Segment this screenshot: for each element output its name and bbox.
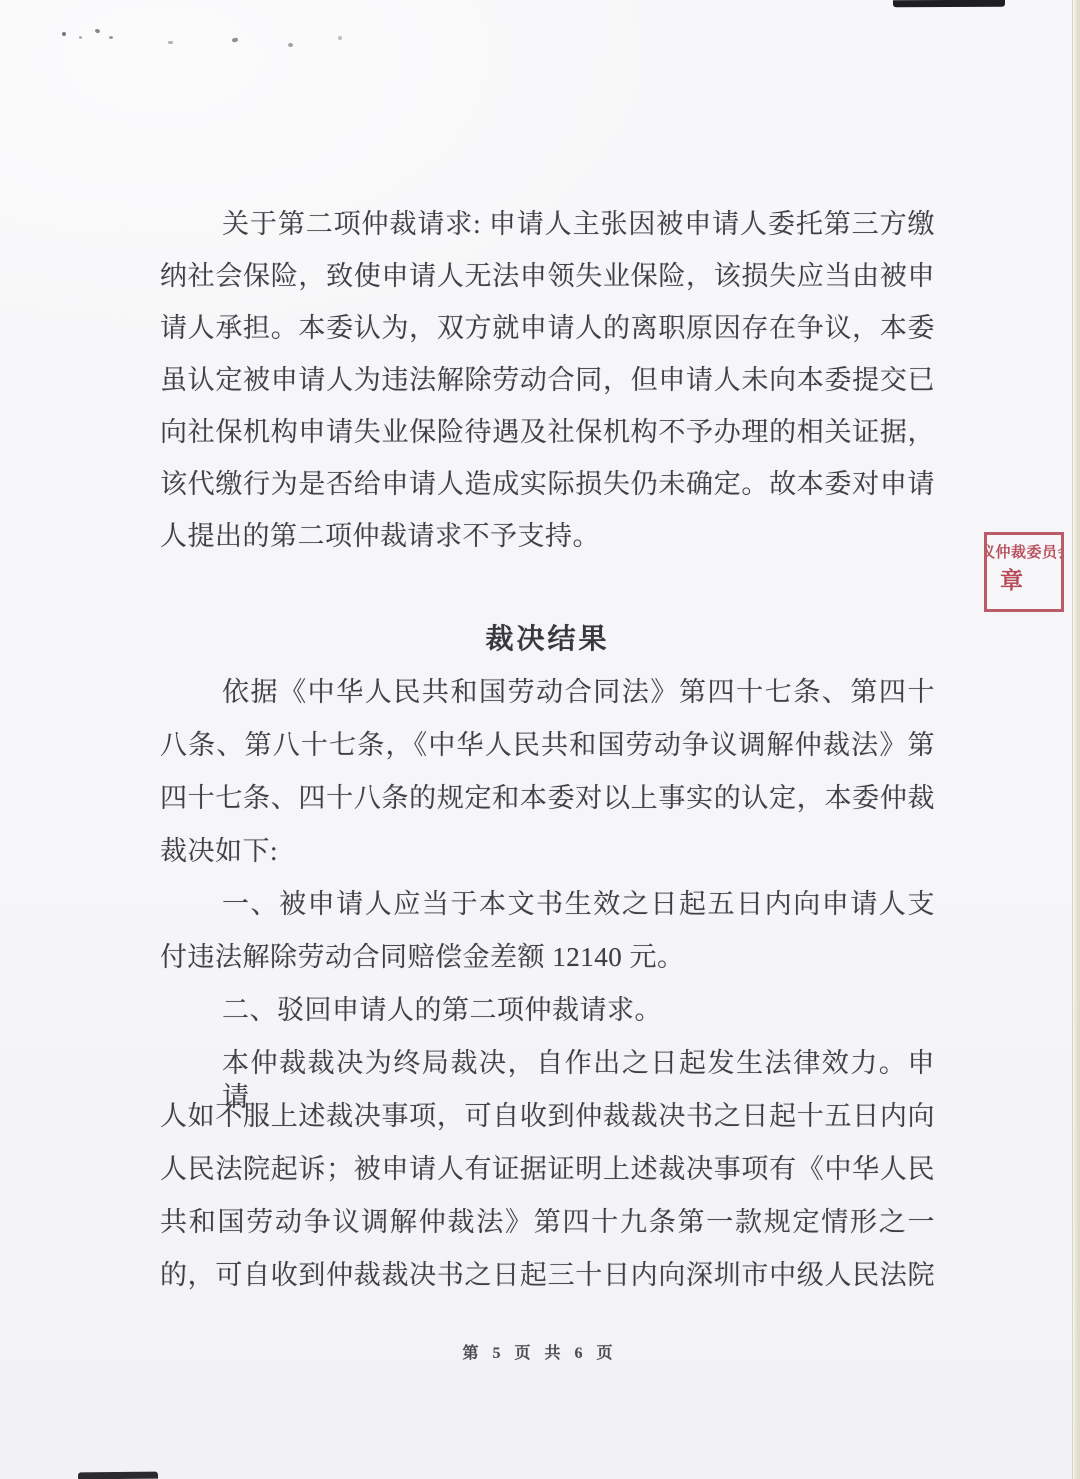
scan-artifact-bottom-left [78,1472,158,1479]
page-number: 第 5 页 共 6 页 [0,1340,1080,1363]
body-line: 人如不服上述裁决事项，可自收到仲裁裁决书之日起十五日内向 [160,1099,935,1133]
body-line: 一、被申请人应当于本文书生效之日起五日内向申请人支 [160,887,935,921]
stamp-partial-char: 议 [984,544,996,562]
body-line: 八条、第八十七条，《中华人民共和国劳动争议调解仲裁法》第 [160,728,935,762]
body-line: 关于第二项仲裁请求: 申请人主张因被申请人委托第三方缴 [160,207,935,241]
ink-speck [232,37,239,42]
body-line: 向社保机构申请失业保险待遇及社保机构不予办理的相关证据， [160,415,935,449]
ink-speck [109,36,113,39]
body-line: 四十七条、四十八条的规定和本委对以上事实的认定，本委仲裁 [160,781,935,815]
ink-speck [288,43,293,47]
body-line: 请人承担。本委认为，双方就申请人的离职原因存在争议，本委 [160,311,935,345]
ink-speck [94,28,100,33]
body-line: 人提出的第二项仲裁请求不予支持。 [160,519,935,553]
official-seal-stamp: 议仲裁委员会 章 [984,532,1064,612]
body-line: 纳社会保险，致使申请人无法申领失业保险，该损失应当由被申 [160,259,935,293]
scanned-document-page: 关于第二项仲裁请求: 申请人主张因被申请人委托第三方缴 纳社会保险，致使申请人无… [0,0,1080,1479]
scan-edge-right [1072,0,1080,1479]
body-line: 虽认定被申请人为违法解除劳动合同，但申请人未向本委提交已 [160,363,935,397]
body-line: 付违法解除劳动合同赔偿金差额 12140 元。 [160,940,935,974]
body-line: 该代缴行为是否给申请人造成实际损失仍未确定。故本委对申请 [160,467,935,501]
ink-speck [168,41,173,44]
body-line: 共和国劳动争议调解仲裁法》第四十九条第一款规定情形之一 [160,1205,935,1239]
body-line: 依据《中华人民共和国劳动合同法》第四十七条、第四十 [160,675,935,709]
stamp-seal-char: 章 [1000,568,1061,594]
ink-speck [338,36,342,40]
body-line: 裁决如下: [160,834,935,868]
ink-speck [62,32,66,36]
ink-speck [79,36,82,39]
body-line: 二、驳回申请人的第二项仲裁请求。 [160,993,935,1027]
stamp-text-row: 议仲裁委员会 [984,544,1061,562]
scan-artifact-top-right [893,0,1005,7]
section-heading: 裁决结果 [160,623,935,657]
stamp-committee-text: 仲裁委员会 [996,545,1064,561]
body-line: 的，可自收到仲裁裁决书之日起三十日内向深圳市中级人民法院 [160,1258,935,1292]
body-line: 人民法院起诉；被申请人有证据证明上述裁决事项有《中华人民 [160,1152,935,1186]
